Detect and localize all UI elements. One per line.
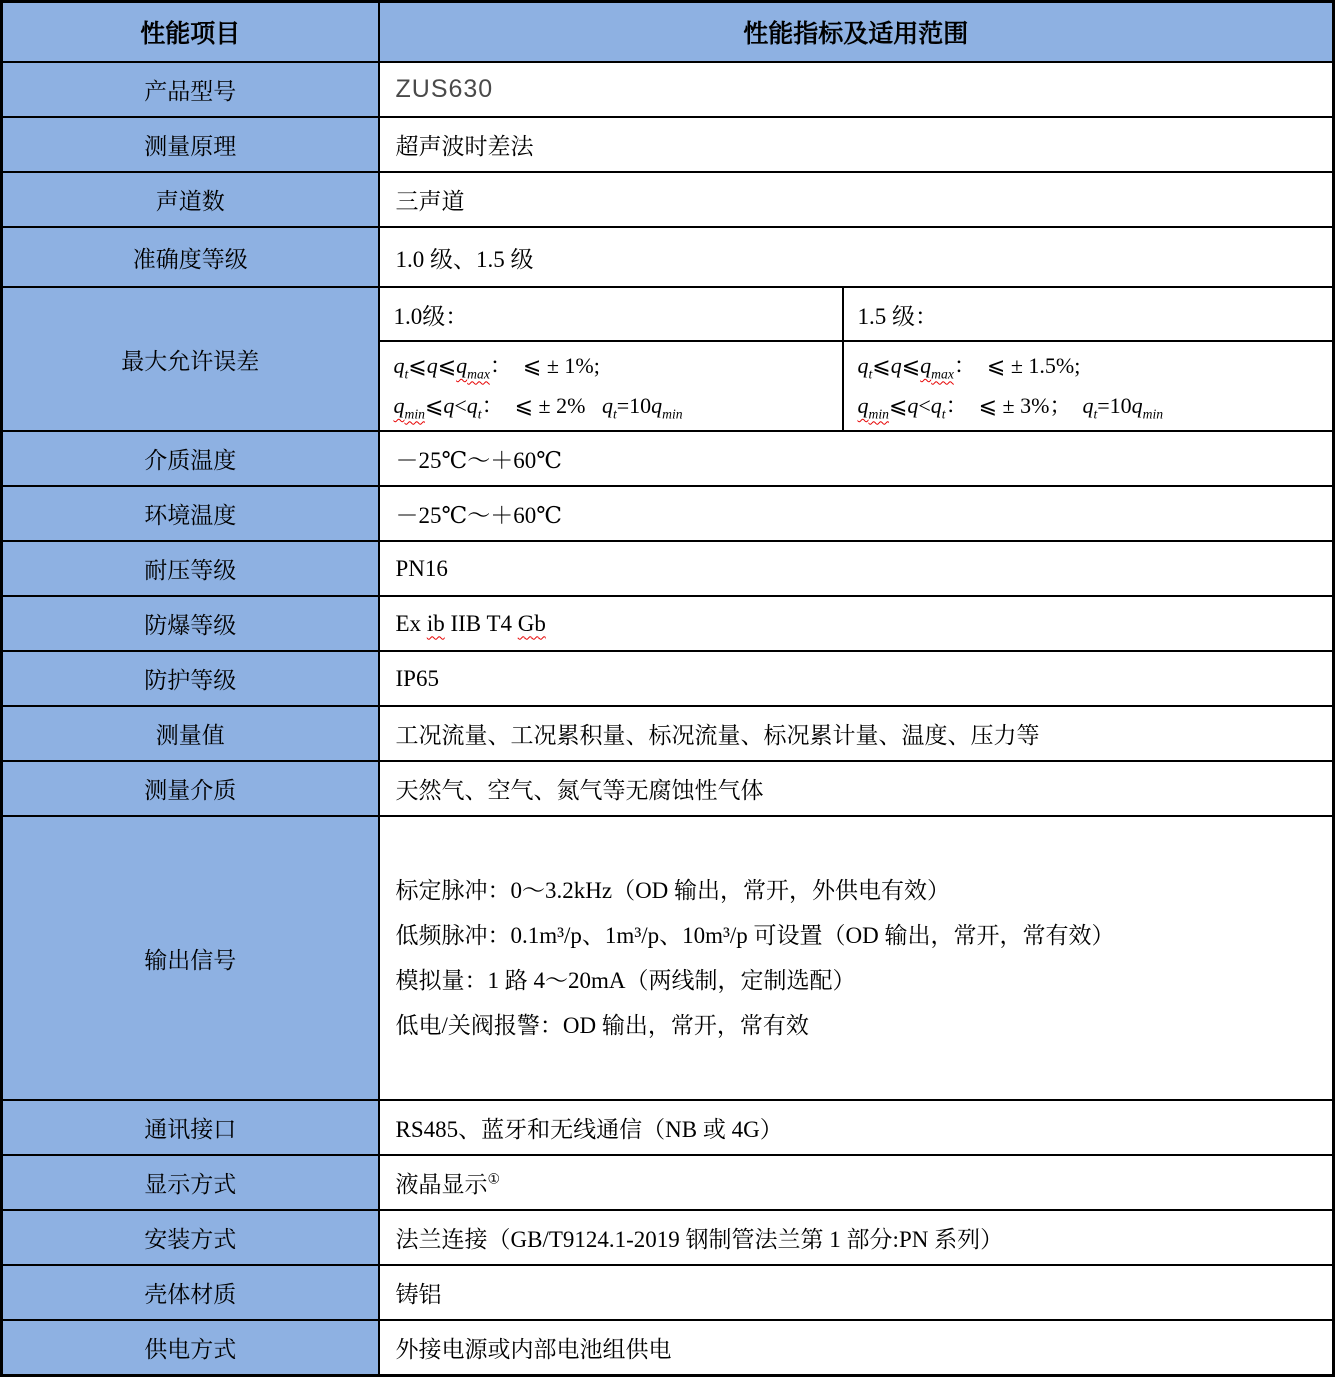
row-label-protection-rating: 防护等级 (2, 651, 379, 706)
table-row-media: 测量介质 天然气、空气、氮气等无腐蚀性气体 (2, 761, 1334, 816)
output-line-low-freq-pulse: 低频脉冲：0.1m³/p、1m³/p、10m³/p 可设置（OD 输出，常开，常… (396, 913, 1323, 958)
output-line-analog: 模拟量：1 路 4～20mA（两线制，定制选配） (396, 958, 1323, 1003)
row-value-media: 天然气、空气、氮气等无腐蚀性气体 (379, 761, 1334, 816)
max-error-subtable: 1.0级： 1.5 级： qt⩽q⩽qmax： ⩽ ± 1%; qmin⩽q<q… (380, 288, 1333, 430)
table-row-medium-temp: 介质温度 －25℃～＋60℃ (2, 431, 1334, 486)
table-row-explosion-rating: 防爆等级 Ex ib IIB T4 Gb (2, 596, 1334, 651)
row-label-medium-temp: 介质温度 (2, 431, 379, 486)
row-value-install: 法兰连接（GB/T9124.1-2019 钢制管法兰第 1 部分:PN 系列） (379, 1210, 1334, 1265)
row-value-channels: 三声道 (379, 172, 1334, 227)
header-cell-spec: 性能指标及适用范围 (379, 2, 1334, 63)
row-value-display: 液晶显示① (379, 1155, 1334, 1210)
table-row-model: 产品型号 ZUS630 (2, 62, 1334, 117)
header-row: 性能项目 性能指标及适用范围 (2, 2, 1334, 63)
table-row-pressure-rating: 耐压等级 PN16 (2, 541, 1334, 596)
table-row-power: 供电方式 外接电源或内部电池组供电 (2, 1320, 1334, 1376)
row-label-comm: 通讯接口 (2, 1100, 379, 1155)
class15-formula-line2: qmin⩽q<qt： ⩽ ± 3%； qt=10qmin (858, 386, 1164, 426)
row-label-output-signal: 输出信号 (2, 816, 379, 1100)
row-value-explosion-rating: Ex ib IIB T4 Gb (379, 596, 1334, 651)
table-row-principle: 测量原理 超声波时差法 (2, 117, 1334, 172)
class10-formulas: qt⩽q⩽qmax： ⩽ ± 1%; qmin⩽q<qt： ⩽ ± 2% qt=… (380, 342, 844, 430)
row-label-max-error: 最大允许误差 (2, 287, 379, 431)
row-label-accuracy: 准确度等级 (2, 227, 379, 287)
row-label-explosion-rating: 防爆等级 (2, 596, 379, 651)
output-line-alarm: 低电/关阀报警：OD 输出，常开，常有效 (396, 1003, 1323, 1048)
row-label-ambient-temp: 环境温度 (2, 486, 379, 541)
row-value-principle: 超声波时差法 (379, 117, 1334, 172)
table-row-max-error: 最大允许误差 1.0级： 1.5 级： qt⩽q⩽qmax： ⩽ ± 1%; q… (2, 287, 1334, 431)
row-value-protection-rating: IP65 (379, 651, 1334, 706)
row-label-measured-values: 测量值 (2, 706, 379, 761)
class10-title: 1.0级： (380, 288, 844, 342)
row-value-housing: 铸铝 (379, 1265, 1334, 1320)
spec-sheet: 性能项目 性能指标及适用范围 产品型号 ZUS630 测量原理 超声波时差法 声… (0, 0, 1335, 1377)
output-signal-lines: 标定脉冲：0～3.2kHz（OD 输出，常开，外供电有效） 低频脉冲：0.1m³… (396, 869, 1323, 1047)
spec-table: 性能项目 性能指标及适用范围 产品型号 ZUS630 测量原理 超声波时差法 声… (0, 0, 1335, 1377)
table-row-measured-values: 测量值 工况流量、工况累积量、标况流量、标况累计量、温度、压力等 (2, 706, 1334, 761)
row-value-pressure-rating: PN16 (379, 541, 1334, 596)
row-label-pressure-rating: 耐压等级 (2, 541, 379, 596)
row-value-power: 外接电源或内部电池组供电 (379, 1320, 1334, 1376)
header-cell-item: 性能项目 (2, 2, 379, 63)
row-value-model: ZUS630 (379, 62, 1334, 117)
row-value-comm: RS485、蓝牙和无线通信（NB 或 4G） (379, 1100, 1334, 1155)
display-footnote-mark: ① (488, 1172, 501, 1187)
row-value-medium-temp: －25℃～＋60℃ (379, 431, 1334, 486)
display-value-text: 液晶显示 (396, 1172, 488, 1197)
row-label-power: 供电方式 (2, 1320, 379, 1376)
table-row-protection-rating: 防护等级 IP65 (2, 651, 1334, 706)
row-label-principle: 测量原理 (2, 117, 379, 172)
row-label-display: 显示方式 (2, 1155, 379, 1210)
class15-title: 1.5 级： (844, 288, 1333, 342)
output-line-calibration-pulse: 标定脉冲：0～3.2kHz（OD 输出，常开，外供电有效） (396, 868, 1323, 913)
row-label-housing: 壳体材质 (2, 1265, 379, 1320)
row-value-accuracy: 1.0 级、1.5 级 (379, 227, 1334, 287)
row-value-ambient-temp: －25℃～＋60℃ (379, 486, 1334, 541)
class10-formula-line1: qt⩽q⩽qmax： ⩽ ± 1%; (394, 346, 600, 386)
table-row-install: 安装方式 法兰连接（GB/T9124.1-2019 钢制管法兰第 1 部分:PN… (2, 1210, 1334, 1265)
table-row-comm: 通讯接口 RS485、蓝牙和无线通信（NB 或 4G） (2, 1100, 1334, 1155)
row-value-measured-values: 工况流量、工况累积量、标况流量、标况累计量、温度、压力等 (379, 706, 1334, 761)
table-row-housing: 壳体材质 铸铝 (2, 1265, 1334, 1320)
max-error-cell: 1.0级： 1.5 级： qt⩽q⩽qmax： ⩽ ± 1%; qmin⩽q<q… (379, 287, 1334, 431)
class15-formula-line1: qt⩽q⩽qmax： ⩽ ± 1.5%; (858, 346, 1081, 386)
table-row-ambient-temp: 环境温度 －25℃～＋60℃ (2, 486, 1334, 541)
row-label-channels: 声道数 (2, 172, 379, 227)
row-label-model: 产品型号 (2, 62, 379, 117)
row-label-install: 安装方式 (2, 1210, 379, 1265)
row-value-output-signal: 标定脉冲：0～3.2kHz（OD 输出，常开，外供电有效） 低频脉冲：0.1m³… (379, 816, 1334, 1100)
table-row-output-signal: 输出信号 标定脉冲：0～3.2kHz（OD 输出，常开，外供电有效） 低频脉冲：… (2, 816, 1334, 1100)
table-row-channels: 声道数 三声道 (2, 172, 1334, 227)
table-row-display: 显示方式 液晶显示① (2, 1155, 1334, 1210)
class15-formulas: qt⩽q⩽qmax： ⩽ ± 1.5%; qmin⩽q<qt： ⩽ ± 3%； … (844, 342, 1333, 430)
row-label-media: 测量介质 (2, 761, 379, 816)
class10-formula-line2: qmin⩽q<qt： ⩽ ± 2% qt=10qmin (394, 386, 683, 426)
table-row-accuracy: 准确度等级 1.0 级、1.5 级 (2, 227, 1334, 287)
